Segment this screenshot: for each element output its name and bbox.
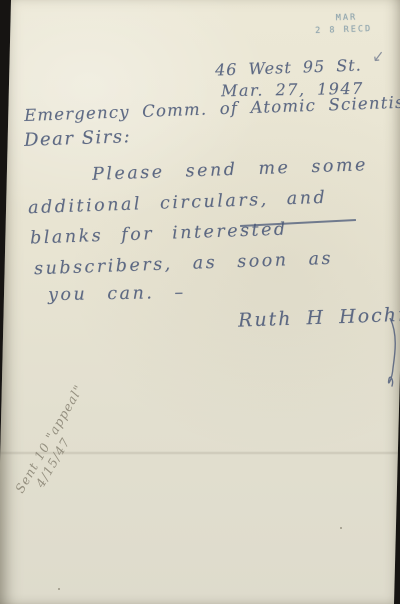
salutation: Dear Sirs: (24, 126, 132, 151)
received-date-stamp: MAR 2 8 RECD (315, 11, 373, 37)
ink-arrow-mark-icon: ↙ (371, 46, 386, 66)
paper-speck (58, 588, 60, 590)
letter-paper: MAR 2 8 RECD ↙ 46 West 95 St. Mar. 27, 1… (0, 0, 400, 604)
body-line-5: you can. – (48, 283, 186, 305)
scan-background: MAR 2 8 RECD ↙ 46 West 95 St. Mar. 27, 1… (0, 0, 400, 604)
paper-speck (340, 527, 342, 529)
signature-flourish (383, 318, 400, 396)
stamp-day-recd: 2 8 RECD (315, 23, 372, 37)
